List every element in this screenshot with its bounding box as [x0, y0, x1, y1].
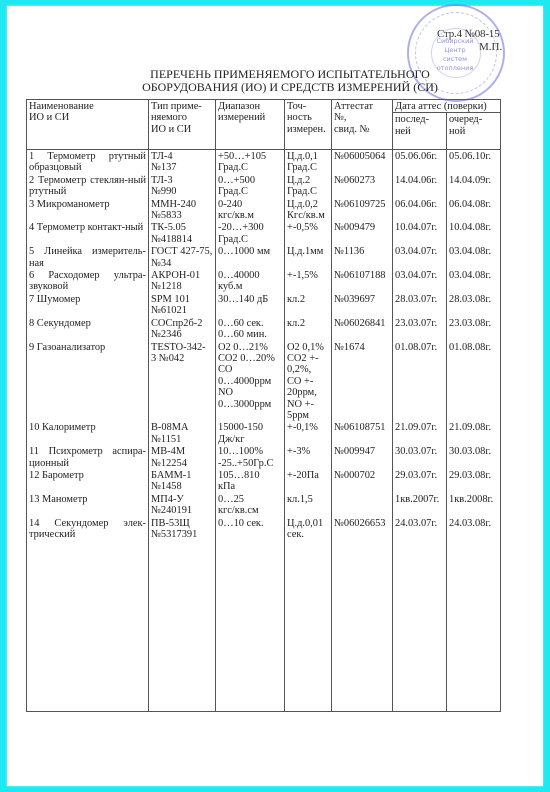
- cell-name: 8 Секундомер: [27, 317, 149, 341]
- header-certificate: Аттестат №, свид. №: [332, 100, 393, 150]
- table-row: 6 Расходомер ультра-звуковойАКРОН-01 №12…: [27, 269, 501, 293]
- cell-last: 03.04.07г.: [393, 245, 447, 269]
- cell-name: 5 Линейка измеритель-ная: [27, 245, 149, 269]
- cell-next: 29.03.08г.: [447, 469, 501, 493]
- cell-name: 1 Термометр ртутный образцовый: [27, 150, 149, 174]
- cell-type: В-08МА №1151: [149, 421, 216, 445]
- cell-next: 03.04.08г.: [447, 245, 501, 269]
- cell-type: TESTO-342- 3 №042: [149, 341, 216, 422]
- table-row: 13 МанометрМП4-У №2401910…25 кгс/кв.смкл…: [27, 493, 501, 517]
- cell-last: 03.04.07г.: [393, 269, 447, 293]
- cell-certificate: №06005064: [332, 150, 393, 174]
- cell-accuracy: +-1,5%: [285, 269, 332, 293]
- cell-range: 0…60 сек. 0…60 мин.: [216, 317, 285, 341]
- cell-type: SPM 101 №61021: [149, 293, 216, 317]
- cell-last: 28.03.07г.: [393, 293, 447, 317]
- cell-next: 28.03.08г.: [447, 293, 501, 317]
- empty-cell: [332, 540, 393, 711]
- cell-certificate: №009947: [332, 445, 393, 469]
- cell-last: 10.04.07г.: [393, 221, 447, 245]
- cell-range: 105…810 кПа: [216, 469, 285, 493]
- cell-next: 30.03.08г.: [447, 445, 501, 469]
- cell-last: 05.06.06г.: [393, 150, 447, 174]
- cell-name: 14 Секундомер элек-трический: [27, 517, 149, 541]
- table-row: 11 Психрометр аспира-ционныйМВ-4М №12254…: [27, 445, 501, 469]
- cell-last: 29.03.07г.: [393, 469, 447, 493]
- cell-range: +50…+105 Град.С: [216, 150, 285, 174]
- cell-accuracy: +-0,5%: [285, 221, 332, 245]
- cell-certificate: №06026841: [332, 317, 393, 341]
- cell-type: СОСпр2б-2 №2346: [149, 317, 216, 341]
- table-empty-space: [27, 540, 501, 711]
- cell-range: 0…40000 куб.м: [216, 269, 285, 293]
- cell-type: ТЛ-4 №137: [149, 150, 216, 174]
- cell-name: 11 Психрометр аспира-ционный: [27, 445, 149, 469]
- table-row: 10 КалориметрВ-08МА №115115000-150 Дж/кг…: [27, 421, 501, 445]
- cell-last: 30.03.07г.: [393, 445, 447, 469]
- cell-range: -20…+300 Град.С: [216, 221, 285, 245]
- cell-next: 05.06.10г.: [447, 150, 501, 174]
- table-body: 1 Термометр ртутный образцовыйТЛ-4 №137+…: [27, 150, 501, 712]
- equipment-table: Наименование ИО и СИ Тип приме- няемого …: [26, 99, 501, 712]
- empty-cell: [285, 540, 332, 711]
- cell-accuracy: +-3%: [285, 445, 332, 469]
- cell-last: 1кв.2007г.: [393, 493, 447, 517]
- empty-cell: [393, 540, 447, 711]
- cell-range: 10…100% -25..+50Гр.С: [216, 445, 285, 469]
- cell-next: 01.08.08г.: [447, 341, 501, 422]
- cell-accuracy: Ц.д.0,2 Кгс/кв.м: [285, 198, 332, 222]
- cell-type: АКРОН-01 №1218: [149, 269, 216, 293]
- cell-accuracy: +-0,1%: [285, 421, 332, 445]
- cell-type: ТК-5.05 №418814: [149, 221, 216, 245]
- header-range: Диапазон измерений: [216, 100, 285, 150]
- cell-range: О2 0…21% СО2 0…20% СО 0…4000ррм NO 0…300…: [216, 341, 285, 422]
- table-row: 8 СекундомерСОСпр2б-2 №23460…60 сек. 0…6…: [27, 317, 501, 341]
- cell-range: 0…25 кгс/кв.см: [216, 493, 285, 517]
- cell-name: 3 Микроманометр: [27, 198, 149, 222]
- cell-last: 06.04.06г.: [393, 198, 447, 222]
- cell-type: ТЛ-3 №990: [149, 174, 216, 198]
- header-name: Наименование ИО и СИ: [27, 100, 149, 150]
- cell-next: 21.09.08г.: [447, 421, 501, 445]
- cell-type: ММН-240 №5833: [149, 198, 216, 222]
- cell-accuracy: Ц.д.1мм: [285, 245, 332, 269]
- header-accuracy: Точ- ность измерен.: [285, 100, 332, 150]
- cell-last: 23.03.07г.: [393, 317, 447, 341]
- cell-name: 7 Шумомер: [27, 293, 149, 317]
- header-date-next: очеред- ной: [447, 113, 501, 150]
- table-row: 3 МикроманометрММН-240 №58330-240 кгс/кв…: [27, 198, 501, 222]
- cell-certificate: [332, 493, 393, 517]
- header-date-last: послед- ней: [393, 113, 447, 150]
- cell-certificate: №06026653: [332, 517, 393, 541]
- cell-last: 24.03.07г.: [393, 517, 447, 541]
- cell-type: МВ-4М №12254: [149, 445, 216, 469]
- cell-range: 0…+500 Град.С: [216, 174, 285, 198]
- cell-name: 6 Расходомер ультра-звуковой: [27, 269, 149, 293]
- header-date-group: Дата аттес (поверки): [393, 100, 501, 113]
- cell-range: 0…10 сек.: [216, 517, 285, 541]
- cell-type: ПВ-53Щ №5317391: [149, 517, 216, 541]
- cell-name: 13 Манометр: [27, 493, 149, 517]
- cell-next: 23.03.08г.: [447, 317, 501, 341]
- cell-type: МП4-У №240191: [149, 493, 216, 517]
- table-row: 7 ШумомерSPM 101 №6102130…140 дБкл.2№039…: [27, 293, 501, 317]
- cell-certificate: №1674: [332, 341, 393, 422]
- cell-accuracy: Ц.д.2 Град.С: [285, 174, 332, 198]
- table-row: 12 БарометрБАММ-1 №1458105…810 кПа+-20Па…: [27, 469, 501, 493]
- table-row: 2 Термометр стеклян-ный ртутныйТЛ-3 №990…: [27, 174, 501, 198]
- cell-certificate: №009479: [332, 221, 393, 245]
- cell-range: 30…140 дБ: [216, 293, 285, 317]
- cell-next: 10.04.08г.: [447, 221, 501, 245]
- table-row: 4 Термометр контакт-ныйТК-5.05 №418814-2…: [27, 221, 501, 245]
- cell-next: 06.04.08г.: [447, 198, 501, 222]
- cell-last: 14.04.06г.: [393, 174, 447, 198]
- cell-next: 1кв.2008г.: [447, 493, 501, 517]
- document-title: ПЕРЕЧЕНЬ ПРИМЕНЯЕМОГО ИСПЫТАТЕЛЬНОГО ОБО…: [110, 68, 470, 94]
- seal-label: М.П.: [479, 41, 502, 53]
- header-type: Тип приме- няемого ИО и СИ: [149, 100, 216, 150]
- cell-name: 9 Газоанализатор: [27, 341, 149, 422]
- cell-range: 0…1000 мм: [216, 245, 285, 269]
- title-line-2: ОБОРУДОВАНИЯ (ИО) И СРЕДСТВ ИЗМЕРЕНИЙ (С…: [110, 81, 470, 94]
- cell-range: 15000-150 Дж/кг: [216, 421, 285, 445]
- cell-last: 21.09.07г.: [393, 421, 447, 445]
- cell-certificate: №000702: [332, 469, 393, 493]
- cell-certificate: №039697: [332, 293, 393, 317]
- cell-next: 14.04.09г.: [447, 174, 501, 198]
- cell-range: 0-240 кгс/кв.м: [216, 198, 285, 222]
- cell-accuracy: кл.2: [285, 293, 332, 317]
- cell-accuracy: кл.1,5: [285, 493, 332, 517]
- cell-accuracy: Ц.д.0,1 Град.С: [285, 150, 332, 174]
- cell-accuracy: +-20Па: [285, 469, 332, 493]
- table-row: 1 Термометр ртутный образцовыйТЛ-4 №137+…: [27, 150, 501, 174]
- page-reference: Стр.4 №08-15: [437, 28, 499, 40]
- cell-certificate: №06109725: [332, 198, 393, 222]
- cell-name: 10 Калориметр: [27, 421, 149, 445]
- cell-certificate: №060273: [332, 174, 393, 198]
- cell-accuracy: О2 0,1% СО2 +- 0,2%, СО +- 20ррм, NO +- …: [285, 341, 332, 422]
- cell-certificate: №06108751: [332, 421, 393, 445]
- empty-cell: [27, 540, 149, 711]
- table-row: 9 ГазоанализаторTESTO-342- 3 №042О2 0…21…: [27, 341, 501, 422]
- cell-name: 4 Термометр контакт-ный: [27, 221, 149, 245]
- cell-next: 24.03.08г.: [447, 517, 501, 541]
- cell-type: ГОСТ 427-75, №34: [149, 245, 216, 269]
- cell-accuracy: кл.2: [285, 317, 332, 341]
- cell-accuracy: Ц.д.0,01 сек.: [285, 517, 332, 541]
- cell-next: 03.04.08г.: [447, 269, 501, 293]
- cell-name: 2 Термометр стеклян-ный ртутный: [27, 174, 149, 198]
- table-row: 5 Линейка измеритель-наяГОСТ 427-75, №34…: [27, 245, 501, 269]
- cell-name: 12 Барометр: [27, 469, 149, 493]
- cell-certificate: №06107188: [332, 269, 393, 293]
- empty-cell: [216, 540, 285, 711]
- cell-last: 01.08.07г.: [393, 341, 447, 422]
- table-row: 14 Секундомер элек-трическийПВ-53Щ №5317…: [27, 517, 501, 541]
- empty-cell: [149, 540, 216, 711]
- cell-certificate: №1136: [332, 245, 393, 269]
- empty-cell: [447, 540, 501, 711]
- cell-type: БАММ-1 №1458: [149, 469, 216, 493]
